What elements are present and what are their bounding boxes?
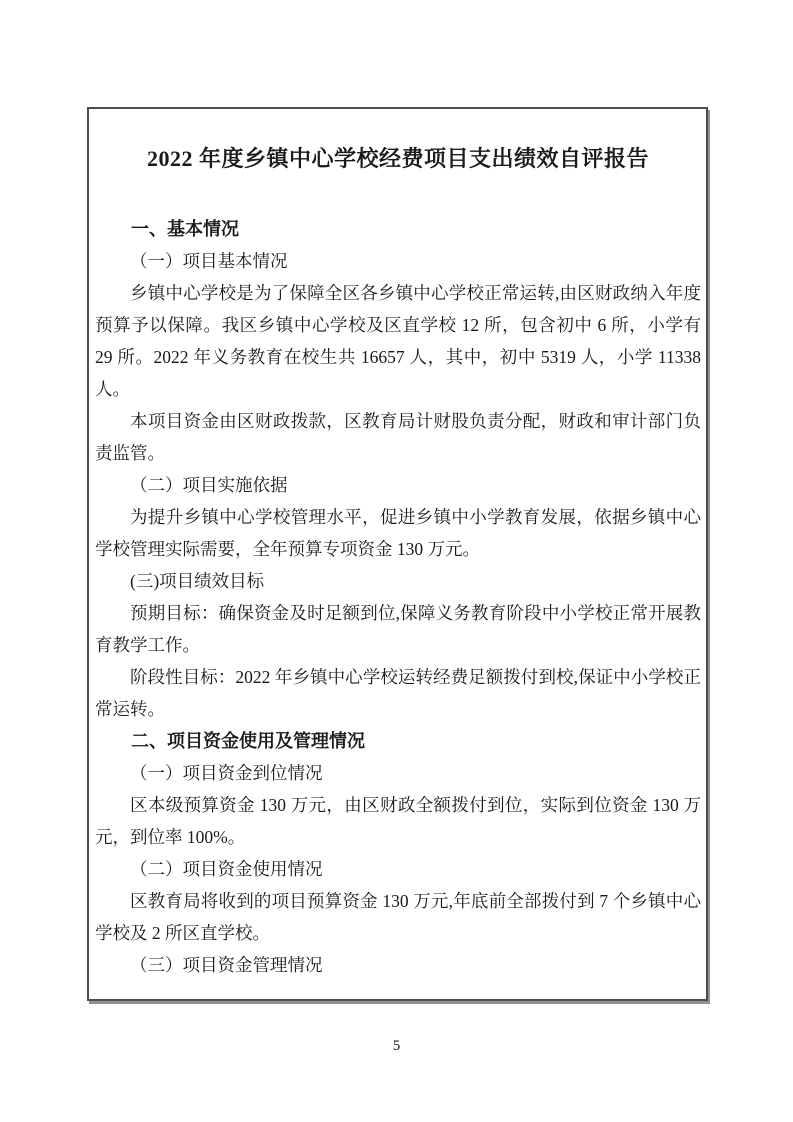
document-border-frame: 2022 年度乡镇中心学校经费项目支出绩效自评报告 一、基本情况 （一）项目基本… — [87, 107, 708, 1001]
section-heading-2: 二、项目资金使用及管理情况 — [95, 725, 701, 757]
document-page: { "document": { "title": "2022 年度乡镇中心学校经… — [0, 0, 793, 1122]
page-number: 5 — [0, 1036, 793, 1056]
subsection-heading-2-2: （二）项目资金使用情况 — [95, 853, 701, 885]
paragraph-stage-goal: 阶段性目标：2022 年乡镇中心学校运转经费足额拨付到校,保证中小学校正常运转。 — [95, 661, 701, 725]
subsection-heading-2-1: （一）项目资金到位情况 — [95, 757, 701, 789]
paragraph-expected-goal: 预期目标：确保资金及时足额到位,保障义务教育阶段中小学校正常开展教育教学工作。 — [95, 597, 701, 661]
paragraph-funding-source: 本项目资金由区财政拨款，区教育局计财股负责分配，财政和审计部门负责监管。 — [95, 405, 701, 469]
subsection-heading-2-3: （三）项目资金管理情况 — [95, 949, 701, 981]
paragraph-implementation-basis: 为提升乡镇中心学校管理水平，促进乡镇中小学教育发展，依据乡镇中心学校管理实际需要… — [95, 501, 701, 565]
subsection-heading-1-2: （二）项目实施依据 — [95, 469, 701, 501]
section-heading-1: 一、基本情况 — [95, 213, 701, 245]
subsection-heading-1-1: （一）项目基本情况 — [95, 245, 701, 277]
paragraph-funds-in-place: 区本级预算资金 130 万元，由区财政全额拨付到位，实际到位资金 130 万元，… — [95, 789, 701, 853]
paragraph-project-overview: 乡镇中心学校是为了保障全区各乡镇中心学校正常运转,由区财政纳入年度预算予以保障。… — [95, 277, 701, 405]
document-title: 2022 年度乡镇中心学校经费项目支出绩效自评报告 — [95, 143, 701, 175]
document-content: 2022 年度乡镇中心学校经费项目支出绩效自评报告 一、基本情况 （一）项目基本… — [89, 109, 706, 981]
paragraph-funds-usage: 区教育局将收到的项目预算资金 130 万元,年底前全部拨付到 7 个乡镇中心学校… — [95, 885, 701, 949]
subsection-heading-1-3: (三)项目绩效目标 — [95, 565, 701, 597]
